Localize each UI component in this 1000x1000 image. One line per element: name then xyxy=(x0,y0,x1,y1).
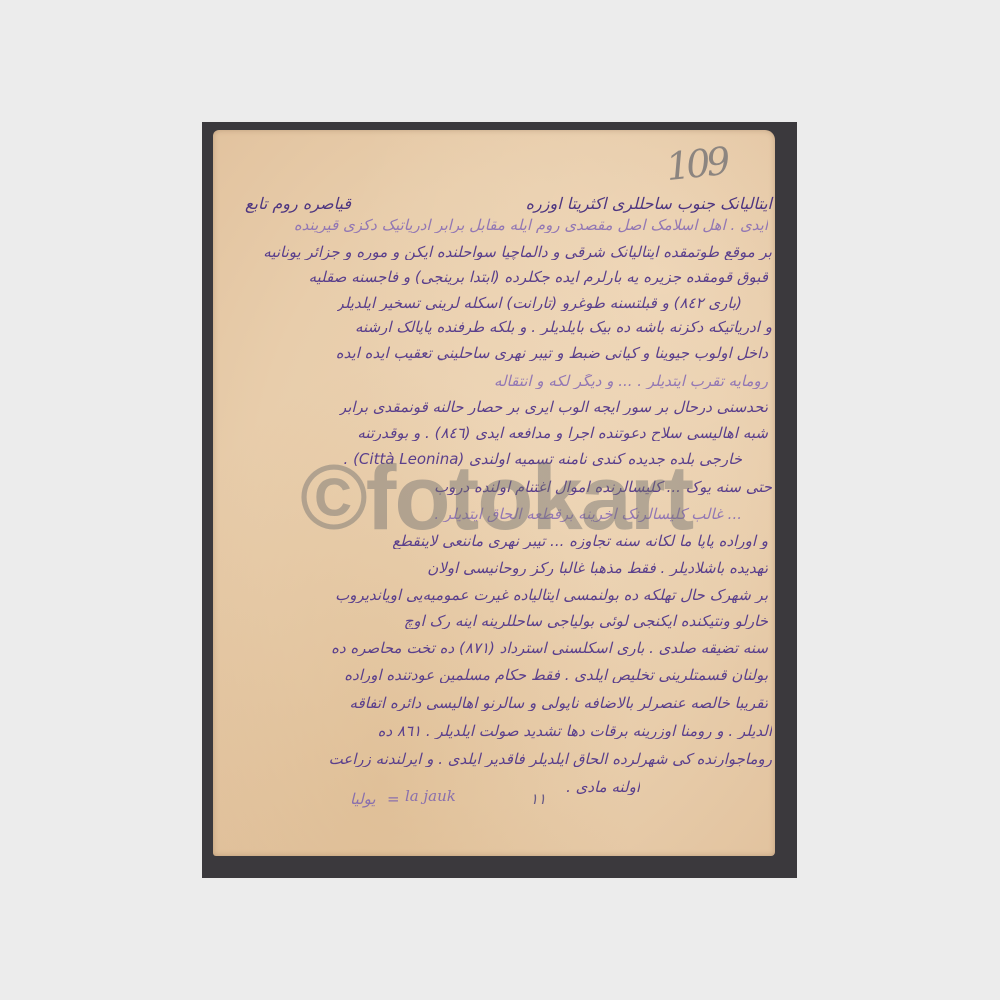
manuscript-line: رومایه تقرب ایتدیلر . ... و دیگر لکه و ا… xyxy=(494,374,768,389)
manuscript-line: بر موقع طوتمقده ایتالیانک شرقی و دالماچی… xyxy=(263,245,772,260)
heading-right: ایتالیانک جنوب ساحللری اکثریتا اوزره xyxy=(526,196,772,212)
manuscript-line: شبه اهالیسی سلاح دعوتنده اجرا و مدافعه ا… xyxy=(357,426,768,441)
page-number: 109 xyxy=(664,139,729,189)
manuscript-line: تقریباً خالصه عنصرلر بالاضافه ناپولی و س… xyxy=(349,696,768,711)
manuscript-line: خارلو ونتیکنده ایکنجی لوئی بولیاجی ساحلل… xyxy=(404,614,768,629)
manuscript-line: بولنان قسمتلرینی تخلیص ایلدی . فقط حکام … xyxy=(344,668,768,683)
manuscript-line: روماجوارنده کی شهرلرده الحاق ایلدیلر فاق… xyxy=(329,752,772,767)
footer-note-number: ١١ xyxy=(530,790,546,808)
manuscript-line: تهدیده باشلادیلر . فقط مذهباً غالباً رکز… xyxy=(427,561,768,576)
footer-note-latin: la jauk xyxy=(405,787,456,805)
watermark: ©fotokart xyxy=(300,452,692,544)
heading-left: قیاصره روم تابع xyxy=(245,194,351,213)
manuscript-line: ایدی . اهل اسلامک اصل مقصدی روم ایله مقا… xyxy=(294,218,768,233)
manuscript-line: سنه تضیقه صلدی . باری اسکلسنی استرداد (٨… xyxy=(331,641,768,656)
manuscript-line: تحدسنی درحال بر سور ایجه الوب آیری بر حص… xyxy=(339,400,768,415)
manuscript-line: داخل اولوب جیوینا و کیانی ضبط و تیبر نهر… xyxy=(336,346,768,361)
manuscript-line: قبوق قومقده جزیره یه بارلرم ایده جکلرده … xyxy=(309,270,768,285)
manuscript-line: آلدیلر . و رومنا اوزرینه برقات دها تشدید… xyxy=(378,724,772,739)
manuscript-line: و ادریاتیکه دکزنه باشه ده بیک بایلدیلر .… xyxy=(355,320,772,335)
manuscript-line: اولنه مادی . xyxy=(566,780,640,795)
footer-note-separator: = xyxy=(387,790,400,808)
footer-note-arabic: یولیا xyxy=(350,790,376,808)
manuscript-line: بر شهرک حال تهلکه ده بولنمسی ایتالیاده غ… xyxy=(335,588,768,603)
manuscript-line: (باری ٨٤٢) و قبلتسنه طوغرو (تارانت) اسکل… xyxy=(337,296,742,311)
